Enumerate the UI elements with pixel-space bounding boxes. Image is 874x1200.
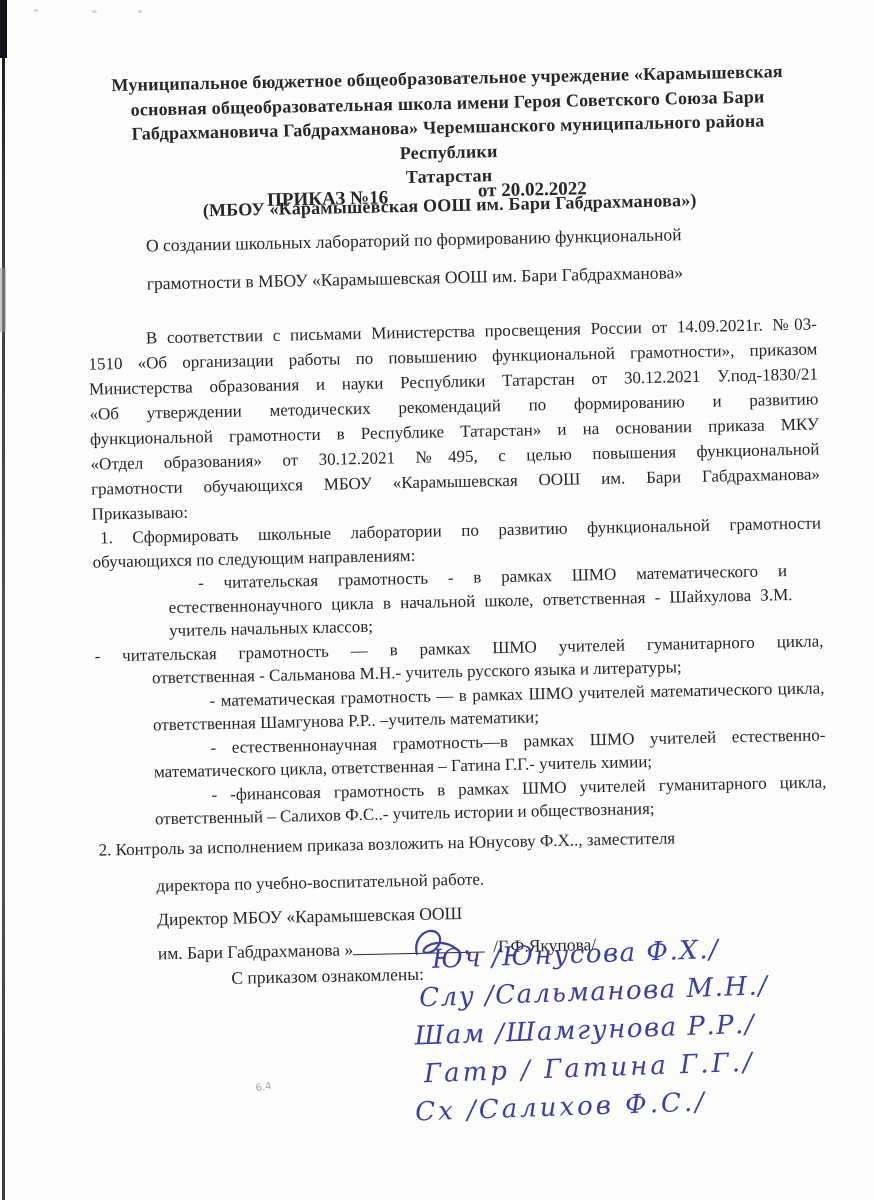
scan-speck <box>92 10 97 13</box>
order-document: Муниципальное бюджетное общеобразователь… <box>82 58 835 1200</box>
order-item-2-cont: директора по учебно-воспитательной работ… <box>99 860 828 899</box>
director-title-line: Директор МБОУ «Карамышевская ООШ <box>157 898 596 931</box>
pencil-mark: 6.4 <box>255 1081 272 1094</box>
org-name-block: Муниципальное бюджетное общеобразователь… <box>82 58 814 224</box>
director-title-line: им. Бари Габдрахманова » <box>158 939 354 963</box>
order-subject: О создании школьных лабораторий по форми… <box>146 224 684 311</box>
order-title: ПРИКАЗ №16 <box>267 187 388 212</box>
scan-speck <box>138 10 142 13</box>
order-body: В соответствии с письмами Министерства п… <box>88 311 829 899</box>
order-date: от 20.02.2022 <box>478 178 587 202</box>
handwritten-signatures: Юч /Юнусова Ф.Х./ Слу /Сальманова М.Н./ … <box>417 933 773 1135</box>
scanned-document-page: Муниципальное бюджетное общеобразователь… <box>0 0 874 1200</box>
subject-line: О создании школьных лабораторий по форми… <box>146 224 683 256</box>
acknowledged-label: С приказом ознакомлены: <box>231 964 424 989</box>
scan-edge-artifact <box>2 0 5 1200</box>
scan-speck <box>34 9 38 12</box>
subject-line: грамотности в МБОУ «Карамышевская ООШ им… <box>147 262 684 294</box>
scan-corner-artifact <box>0 0 7 58</box>
scan-smudge-artifact <box>0 268 6 332</box>
